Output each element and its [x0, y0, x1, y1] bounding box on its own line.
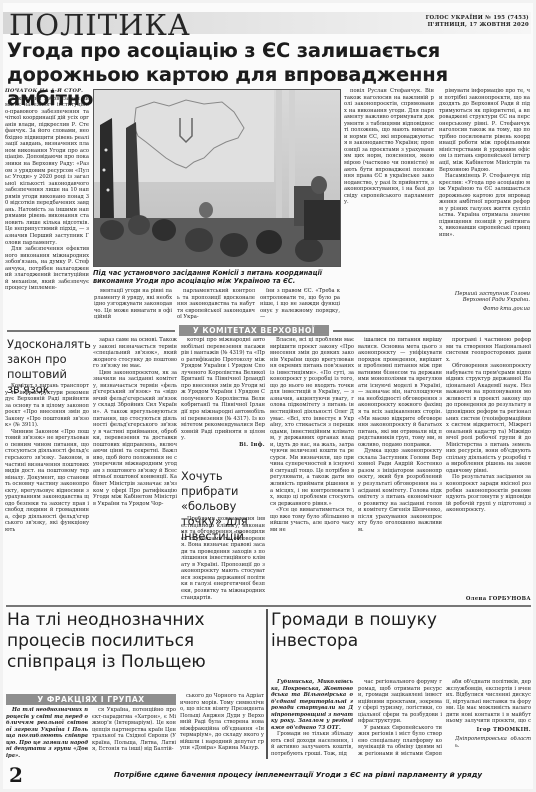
- kicker: ПОЧАТОК НА 1-Й СТОР.: [5, 88, 89, 95]
- issue-date: П'ЯТНИЦЯ, 17 ЖОВТНЯ 2020: [426, 22, 529, 29]
- main-article-column-2: ментації угоди на рівні парламенту й уря…: [94, 288, 172, 326]
- newspaper-page: ПОЛІТИКА ГОЛОС УКРАЇНИ № 195 (7453) П'ЯТ…: [3, 3, 533, 789]
- poland-column-3: ського до Чорного та Адріатичного морів.…: [180, 693, 264, 759]
- communities-column-3: аби об'єднати політиків, держслужбовців,…: [446, 679, 531, 725]
- divider: [333, 330, 531, 332]
- issue-info: ГОЛОС УКРАЇНИ № 195 (7453) П'ЯТНИЦЯ, 17 …: [426, 15, 529, 29]
- investment-signature: Олена ГОРБУНОВА: [446, 596, 531, 602]
- communities-article-headline: Громади в пошуку інвестора: [271, 610, 471, 652]
- meeting-photo-image: [94, 90, 341, 267]
- committee-column-3: которі про міжнародні автомобільні перев…: [181, 337, 265, 465]
- main-article-column-1: ПОЧАТОК НА 1-Й СТОР. Виконання зобов'яза…: [5, 88, 89, 324]
- section-band-factions: У ФРАКЦІЯХ І ГРУПАХ: [6, 694, 176, 705]
- meeting-photo: [93, 89, 341, 267]
- investment-column-1: Проблеми пожвавлення інвестиційного клім…: [181, 516, 265, 605]
- issue-number: ГОЛОС УКРАЇНИ № 195 (7453): [426, 15, 529, 22]
- investment-column-4: програмі і частиною реформи та створення…: [446, 337, 531, 595]
- communities-signature: Ігор ТЮОМКІН.: [446, 727, 531, 733]
- poland-column-1: На тлі неоднозначних процесів у світі та…: [6, 707, 88, 759]
- committee-column-2: зараз саме на основі. Також у законі виз…: [93, 337, 177, 605]
- investment-column-3: ішалися по питання вирішувалися. Основна…: [358, 337, 442, 605]
- photo-caption: Під час установчого засідання Комісії з …: [93, 269, 341, 285]
- main-article-column-5: повіл Руслан Стефанчук. Він також наголо…: [344, 88, 434, 324]
- section-rubric: ПОЛІТИКА: [9, 8, 191, 42]
- communities-column-2: час регіонального форуму громад, щоб отр…: [358, 679, 442, 759]
- running-footer: Потрібне єдине бачення процесу імплемент…: [73, 770, 523, 779]
- column-divider: [266, 609, 268, 759]
- page-number: 2: [9, 763, 23, 787]
- communities-column-1: Губиниська, Миколаївська, Покровська, Жо…: [271, 679, 353, 759]
- divider: [7, 330, 175, 332]
- photo-credit: Фото kmu.gov.ua: [439, 306, 530, 312]
- communities-region: Дніпропетровська область.: [455, 736, 531, 752]
- committee-signature: Ві. Інф.: [181, 442, 265, 449]
- main-article-column-4: їни з правом ЄС. «Треба контролювати те,…: [260, 288, 340, 326]
- main-article-signature: Перший заступник Голови Верховної Ради У…: [439, 291, 530, 312]
- poland-column-2: ся Україна, потенційно проєкт-парадигма …: [92, 707, 176, 759]
- main-article-column-3: парламентський контроль та пропозиції вд…: [177, 288, 255, 326]
- committee-column-1: Комітет з питань транспорту та інфрастру…: [5, 383, 89, 605]
- main-article-column-6: рімувати інформацію про те, чи потрібні …: [439, 88, 530, 288]
- investment-column-2: Власне, всі ці проблеми має вирішити про…: [270, 337, 354, 605]
- divider: [6, 605, 531, 607]
- poland-article-headline: На тлі неоднозначних процесів посилиться…: [7, 610, 269, 673]
- section-band-committees: У КОМІТЕТАХ ВЕРХОВНОЇ РАДИ: [179, 325, 329, 336]
